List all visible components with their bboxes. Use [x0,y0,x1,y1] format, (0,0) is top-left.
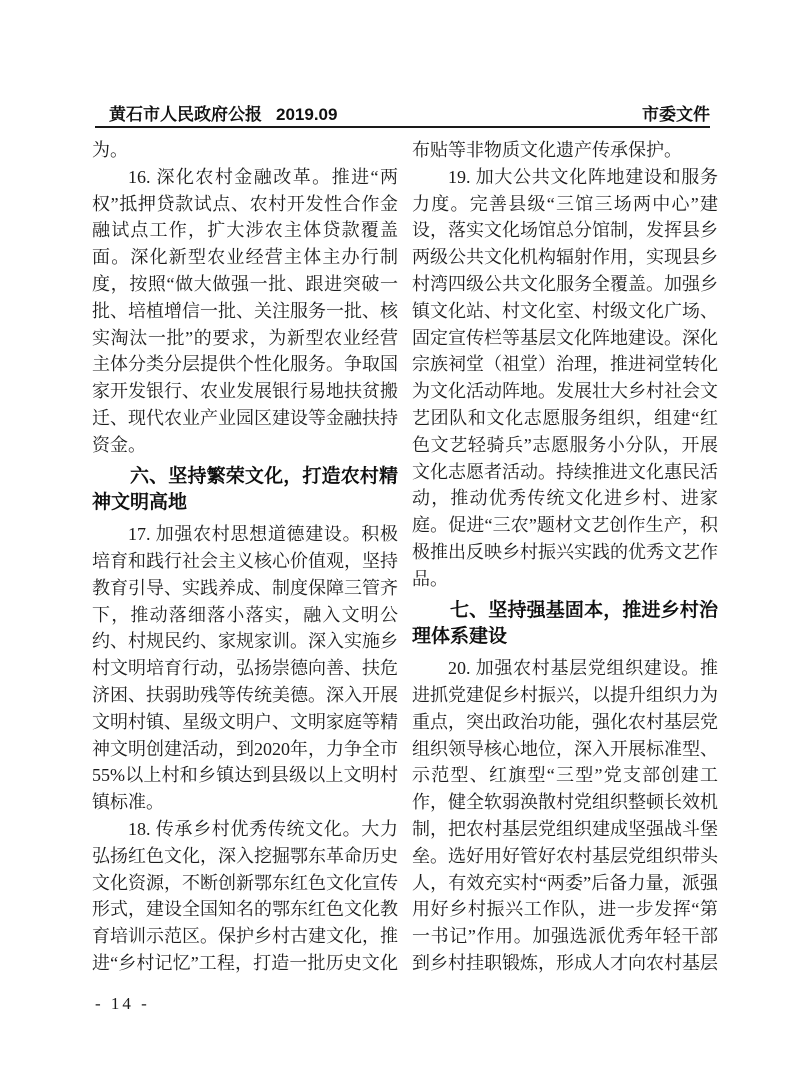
page-header: 黄石市人民政府公报2019.09 市委文件 [95,100,710,125]
paragraph-item-17: 17. 加强农村思想道德建设。积极培育和践行社会主义核心价值观，坚持教育引导、实… [92,521,398,816]
paragraph-continuation: 布贴等非物质文化遗产传承保护。 [412,137,718,164]
publication-title: 黄石市人民政府公报 [109,105,262,124]
paragraph-item-18: 18. 传承乡村优秀传统文化。大力弘扬红色文化，深入挖掘鄂东革命历史文化资源，不… [92,816,398,975]
right-column: 布贴等非物质文化遗产传承保护。 19. 加大公共文化阵地建设和服务力度。完善县级… [412,137,718,975]
issue-number: 2019.09 [276,105,337,124]
paragraph-item-16: 16. 深化农村金融改革。推进“两权”抵押贷款试点、农村开发性合作金融试点工作，… [92,164,398,459]
page-number: - 14 - [95,994,150,1014]
document-page: 黄石市人民政府公报2019.09 市委文件 为。 16. 深化农村金融改革。推进… [0,0,800,1085]
paragraph-item-19: 19. 加大公共文化阵地建设和服务力度。完善县级“三馆三场两中心”建设，落实文化… [412,164,718,593]
header-publication: 黄石市人民政府公报2019.09 [95,100,337,125]
paragraph-item-20: 20. 加强农村基层党组织建设。推进抓党建促乡村振兴，以提升组织力为重点，突出政… [412,655,718,975]
paragraph-continuation: 为。 [92,137,398,164]
text-columns: 为。 16. 深化农村金融改革。推进“两权”抵押贷款试点、农村开发性合作金融试点… [92,137,718,975]
header-divider [95,126,710,128]
header-section-label: 市委文件 [642,100,710,125]
section-heading-seven: 七、坚持强基固本，推进乡村治理体系建设 [412,598,718,652]
section-heading-six: 六、坚持繁荣文化，打造农村精神文明高地 [92,464,398,518]
left-column: 为。 16. 深化农村金融改革。推进“两权”抵押贷款试点、农村开发性合作金融试点… [92,137,398,975]
